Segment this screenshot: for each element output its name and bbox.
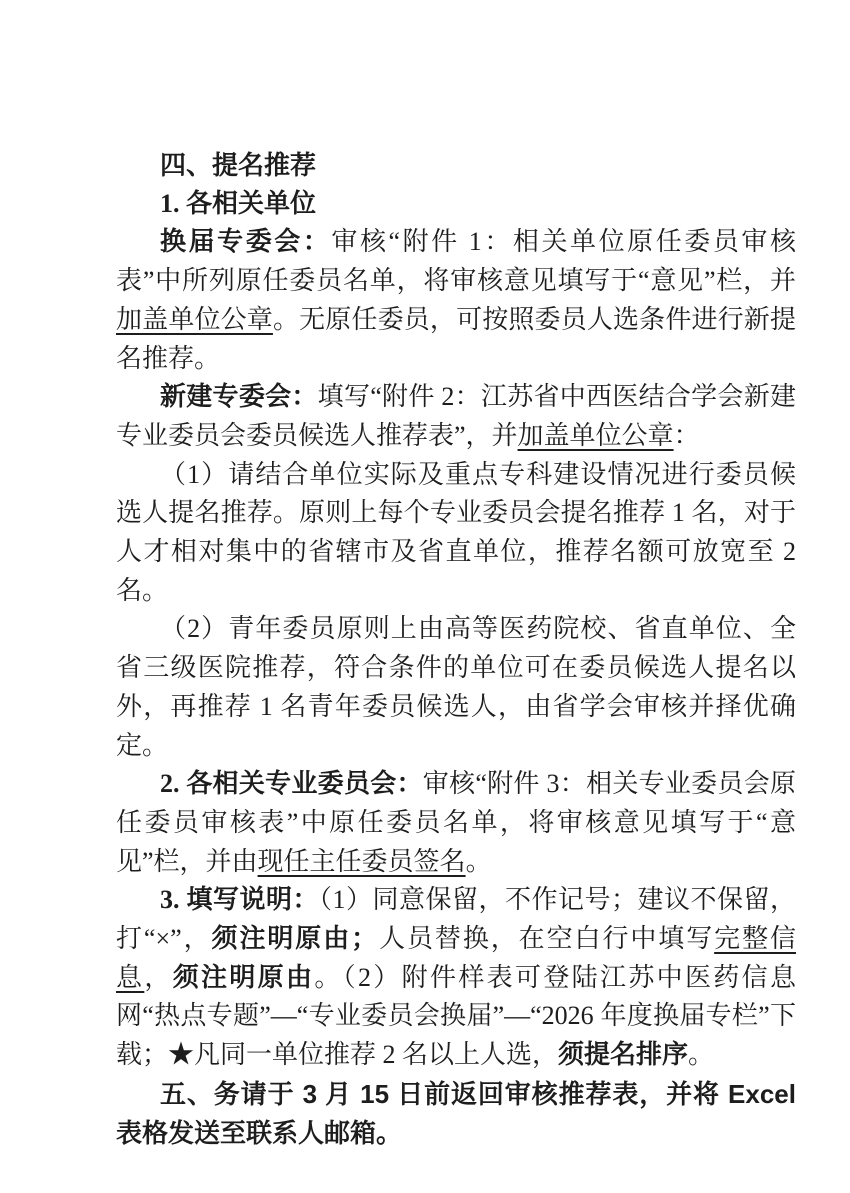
paragraph-1-heading: 四、提名推荐: [116, 146, 796, 185]
paragraph-2-subheading: 1. 各相关单位: [116, 185, 796, 224]
text-run: （1）请结合单位实际及重点专科建设情况进行委员候选人提名推荐。原则上每个专业委员…: [116, 460, 803, 605]
bold-text: 须提名排序: [558, 1040, 688, 1069]
bold-text: 须注明原由: [173, 963, 315, 992]
text-run: 。: [466, 847, 492, 876]
bold-text: 须注明原由；: [212, 924, 378, 953]
bold-text: 换届专委会：: [160, 227, 331, 256]
underlined-text: 加盖单位公章: [116, 305, 273, 334]
document-body: 四、提名推荐1. 各相关单位换届专委会：审核“附件 1：相关单位原任委员审核表”…: [116, 146, 796, 1152]
bold-text: 五、务请于 3 月 15 日前返回审核推荐表，并将 Excel 表格发送至联系人…: [116, 1079, 803, 1148]
text-run: 人员替换，在空白行中填写: [377, 924, 714, 953]
bold-text: 四、提名推荐: [160, 150, 316, 180]
paragraph-4-body: 新建专委会：填写“附件 2：江苏省中西医结合学会新建专业委员会委员候选人推荐表”…: [116, 378, 796, 455]
paragraph-7-body: 2. 各相关专业委员会：审核“附件 3：相关专业委员会原任委员审核表”中原任委员…: [116, 765, 796, 881]
text-run: （2）青年委员原则上由高等医药院校、省直单位、全省三级医院推荐，符合条件的单位可…: [116, 614, 796, 759]
underlined-text: 加盖单位公章: [518, 421, 674, 450]
bold-text: 3. 填写说明：: [160, 885, 319, 914]
bold-text: 1. 各相关单位: [160, 189, 316, 218]
paragraph-6-body: （2）青年委员原则上由高等医药院校、省直单位、全省三级医院推荐，符合条件的单位可…: [116, 610, 796, 765]
paragraph-8-body: 3. 填写说明：（1）同意保留，不作记号；建议不保留，打“×”，须注明原由；人员…: [116, 881, 796, 1075]
bold-text: 新建专委会：: [160, 382, 318, 411]
text-run: ：: [674, 421, 700, 450]
underlined-text: 现任主任委员签名: [258, 847, 466, 876]
text-run: 。: [688, 1040, 714, 1069]
paragraph-5-body: （1）请结合单位实际及重点专科建设情况进行委员候选人提名推荐。原则上每个专业委员…: [116, 456, 796, 611]
paragraph-9-emphasis: 五、务请于 3 月 15 日前返回审核推荐表，并将 Excel 表格发送至联系人…: [116, 1075, 796, 1152]
paragraph-3-body: 换届专委会：审核“附件 1：相关单位原任委员审核表”中所列原任委员名单，将审核意…: [116, 223, 796, 378]
text-run: ，: [144, 963, 172, 992]
document-page: 四、提名推荐1. 各相关单位换届专委会：审核“附件 1：相关单位原任委员审核表”…: [0, 0, 850, 1193]
bold-text: 2. 各相关专业委员会：: [160, 769, 423, 798]
